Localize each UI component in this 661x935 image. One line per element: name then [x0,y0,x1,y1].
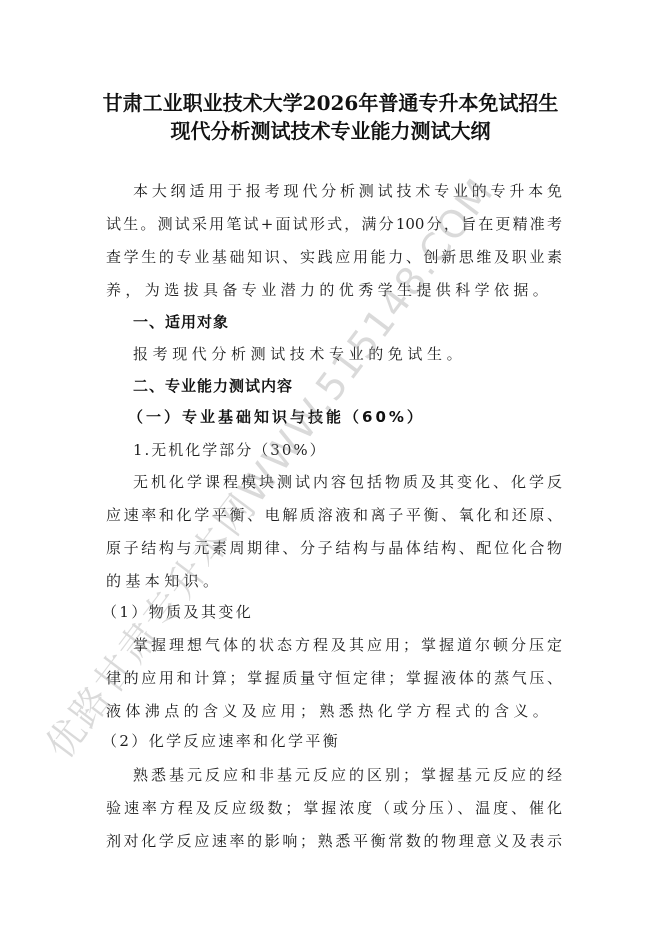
intro-paragraph-line-3: 查学生的专业基础知识、实践应用能力、创新思维及职业素 [106,247,562,267]
intro-paragraph-line-2: 试生。测试采用笔试+面试形式，满分100分，旨在更精准考 [106,214,562,234]
document-title-line-2: 现代分析测试技术专业能力测试大纲 [0,115,661,144]
subitem-2-label: （2）化学反应速率和化学平衡 [102,731,558,751]
item-1-label: 1.无机化学部分（30%） [133,440,589,460]
subitem-2-body-line-3: 剂对化学反应速率的影响；熟悉平衡常数的物理意义及表示 [106,831,562,851]
section-2-subheading: （一）专业基础知识与技能（60%） [128,407,584,427]
intro-paragraph-line-4: 养，为选拔具备专业潜力的优秀学生提供科学依据。 [106,280,562,300]
item-1-body-line-2: 应速率和化学平衡、电解质溶液和离子平衡、氧化和还原、 [106,505,562,525]
subitem-2-body-line-2: 验速率方程及反应级数；掌握浓度（或分压）、温度、催化 [106,798,562,818]
item-1-body-line-3: 原子结构与元素周期律、分子结构与晶体结构、配位化合物 [106,538,562,558]
intro-paragraph-line-1: 本大纲适用于报考现代分析测试技术专业的专升本免 [133,181,562,201]
subitem-1-body-line-2: 律的应用和计算；掌握质量守恒定律；掌握液体的蒸气压、 [106,668,562,688]
subitem-1-label: （1）物质及其变化 [102,602,558,622]
document-title-line-1: 甘肃工业职业技术大学2026年普通专升本免试招生 [0,87,661,116]
item-1-body-line-4: 的基本知识。 [106,571,562,591]
item-1-body-line-1: 无机化学课程模块测试内容包括物质及其变化、化学反 [133,472,562,492]
section-1-heading: 一、适用对象 [133,312,589,332]
subitem-2-body-line-1: 熟悉基元反应和非基元反应的区别；掌握基元反应的经 [133,765,562,785]
subitem-1-body-line-3: 液体沸点的含义及应用；熟悉热化学方程式的含义。 [106,701,562,721]
section-1-body: 报考现代分析测试技术专业的免试生。 [133,344,589,364]
subitem-1-body-line-1: 掌握理想气体的状态方程及其应用；掌握道尔顿分压定 [133,635,562,655]
document-page: 甘肃工业职业技术大学2026年普通专升本免试招生 现代分析测试技术专业能力测试大… [0,0,661,935]
section-2-heading: 二、专业能力测试内容 [133,376,589,396]
